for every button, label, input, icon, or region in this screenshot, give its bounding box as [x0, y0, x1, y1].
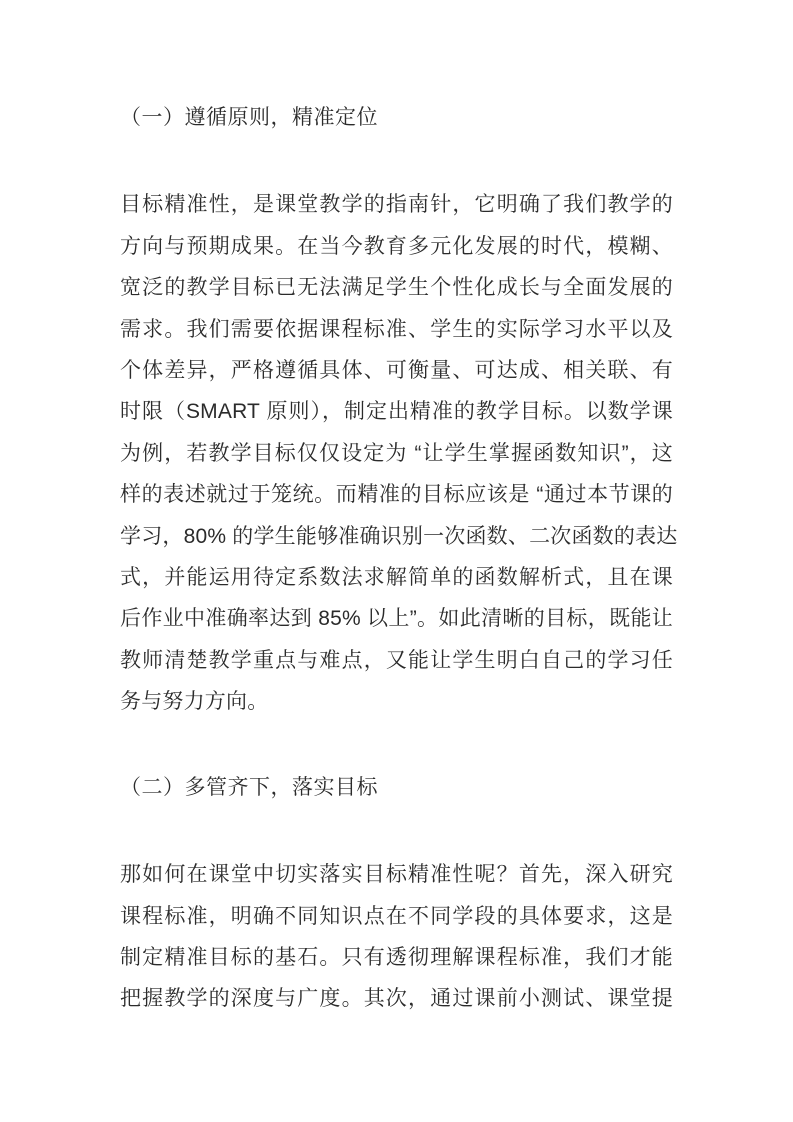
text-line: 个体差异，严格遵循具体、可衡量、可达成、相关联、有	[120, 350, 673, 391]
text-line: 学习，80% 的学生能够准确识别一次函数、二次函数的表达	[120, 516, 673, 557]
text-line: 教师清楚教学重点与难点，又能让学生明白自己的学习任	[120, 640, 673, 681]
text-line: 样的表述就过于笼统。而精准的目标应该是 “通过本节课的	[120, 474, 673, 515]
text-line: 需求。我们需要依据课程标准、学生的实际学习水平以及	[120, 309, 673, 350]
section-one-heading: （一）遵循原则，精准定位	[120, 97, 673, 138]
section-two-paragraph: 那如何在课堂中切实落实目标精准性呢？首先，深入研究 课程标准，明确不同知识点在不…	[120, 854, 673, 1020]
text-line: 课程标准，明确不同知识点在不同学段的具体要求，这是	[120, 896, 673, 937]
section-one-paragraph: 目标精准性，是课堂教学的指南针，它明确了我们教学的 方向与预期成果。在当今教育多…	[120, 184, 673, 722]
document-page: （一）遵循原则，精准定位 目标精准性，是课堂教学的指南针，它明确了我们教学的 方…	[0, 0, 793, 1122]
section-two: （二）多管齐下，落实目标 那如何在课堂中切实落实目标精准性呢？首先，深入研究 课…	[120, 767, 673, 1020]
text-line: 方向与预期成果。在当今教育多元化发展的时代，模糊、	[120, 226, 673, 267]
text-line: 把握教学的深度与广度。其次，通过课前小测试、课堂提	[120, 978, 673, 1019]
text-line: 那如何在课堂中切实落实目标精准性呢？首先，深入研究	[120, 854, 673, 895]
text-line: 目标精准性，是课堂教学的指南针，它明确了我们教学的	[120, 184, 673, 225]
section-two-heading: （二）多管齐下，落实目标	[120, 767, 673, 808]
section-one: （一）遵循原则，精准定位 目标精准性，是课堂教学的指南针，它明确了我们教学的 方…	[120, 97, 673, 723]
text-line: 式，并能运用待定系数法求解简单的函数解析式，且在课	[120, 557, 673, 598]
text-line: 后作业中准确率达到 85% 以上”。如此清晰的目标，既能让	[120, 598, 673, 639]
text-line: 制定精准目标的基石。只有透彻理解课程标准，我们才能	[120, 937, 673, 978]
text-line: 务与努力方向。	[120, 681, 673, 722]
text-line: 为例，若教学目标仅仅设定为 “让学生掌握函数知识”，这	[120, 433, 673, 474]
text-line: 时限（SMART 原则），制定出精准的教学目标。以数学课	[120, 391, 673, 432]
text-line: 宽泛的教学目标已无法满足学生个性化成长与全面发展的	[120, 267, 673, 308]
